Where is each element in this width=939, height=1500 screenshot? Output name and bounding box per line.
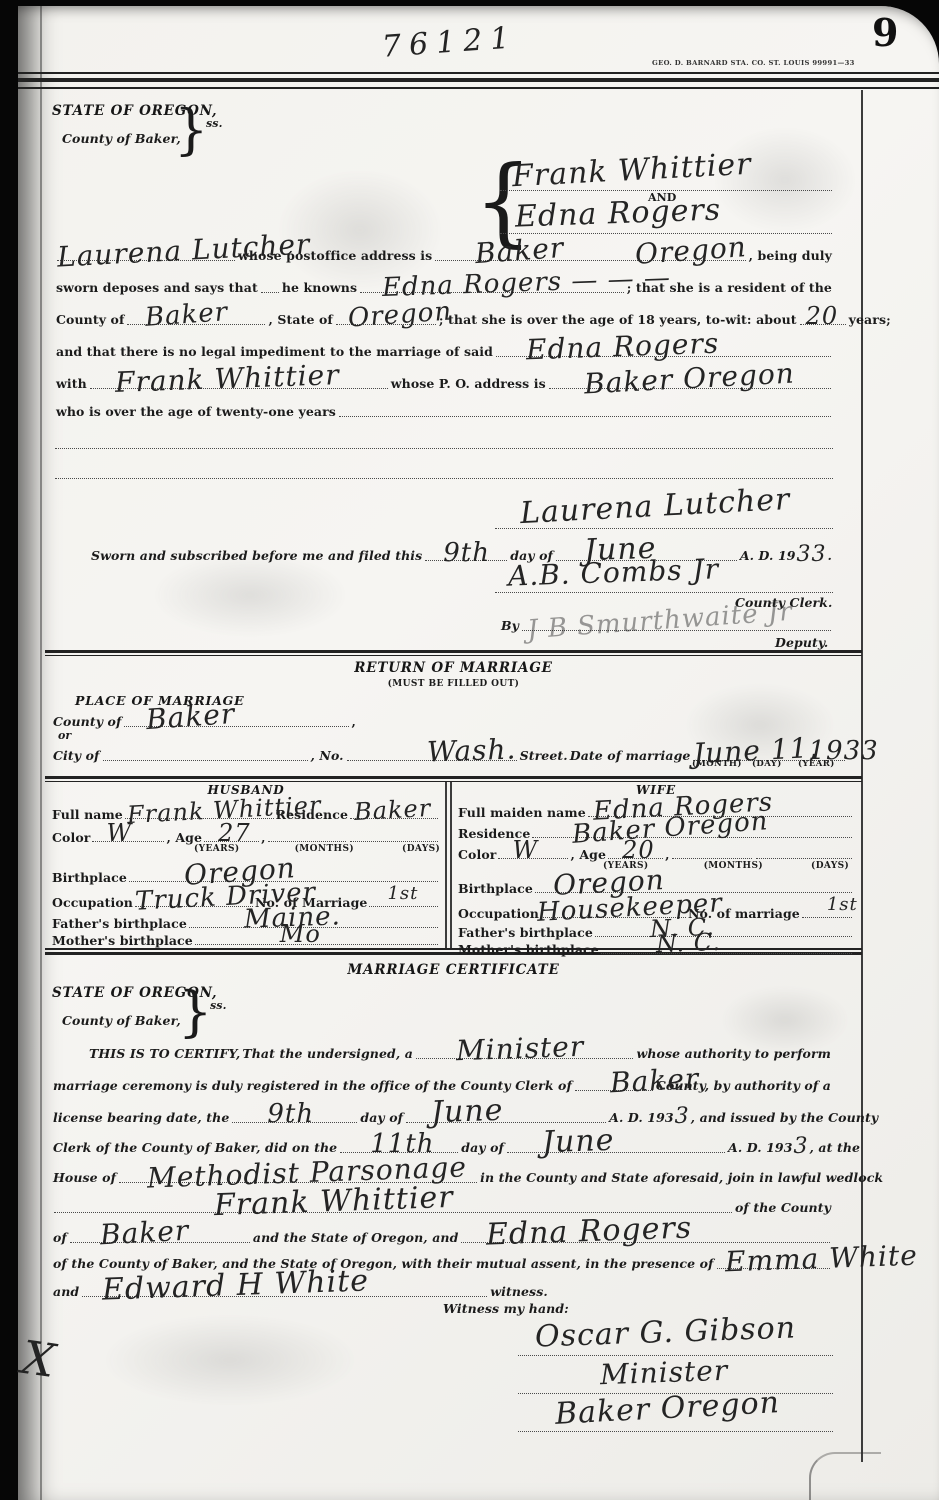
birthplace-label: Birthplace — [458, 882, 533, 896]
po-state-value: Oregon — [635, 236, 748, 265]
day-of-label: day of — [460, 1141, 505, 1156]
blank-line — [672, 856, 752, 859]
return-county-line: County of Baker , — [52, 702, 357, 730]
sworn-filed-label: Sworn and subscribed before me and filed… — [90, 549, 423, 564]
husband-color-age-row: Color W , Age 27 , — [52, 822, 440, 845]
registered-clause-label: marriage ceremony is duly registered in … — [52, 1079, 573, 1094]
license-day: 9th — [267, 1105, 314, 1125]
ad-label: A. D. 193 — [727, 1141, 794, 1156]
underlying-page-corner — [809, 1452, 881, 1500]
witnesses-line: of the County of Baker, and the State of… — [52, 1244, 832, 1272]
ad-label: A. D. 193 — [608, 1111, 675, 1126]
certificate-bride-name: Edna Rogers — [486, 1217, 693, 1247]
blank-line: Baker — [575, 1088, 653, 1091]
header-rule-thin2 — [18, 87, 939, 89]
caption-groom-name: Frank Whittier — [512, 154, 752, 189]
certify-label: THIS IS TO CERTIFY, — [88, 1047, 241, 1062]
husband-marriage-no: 1st — [387, 887, 418, 901]
and-label: and — [52, 1285, 80, 1300]
po-city-value: Baker — [475, 237, 565, 264]
license-line: license bearing date, the 9th day of Jun… — [52, 1096, 832, 1126]
blank-line: 20 — [608, 856, 663, 859]
officiant-value: Minister — [456, 1036, 585, 1061]
license-clause-label: license bearing date, the — [52, 1111, 230, 1126]
header-rule-thick — [18, 78, 939, 82]
blank-line: 1st — [369, 904, 438, 907]
husband-father-row: Father's birthplace Maine. — [52, 910, 440, 931]
knows-line: sworn deposes and says that he knowns Ed… — [55, 270, 833, 296]
header-rule-thin — [18, 72, 939, 74]
color-label: Color — [52, 831, 90, 845]
blank-line: W — [498, 856, 568, 859]
caption-bride-name: Edna Rogers — [515, 199, 722, 229]
officiant-signature: Oscar G. Gibson — [535, 1317, 797, 1349]
sworn-prefix-label: sworn deposes and says that — [55, 281, 259, 296]
wedding-year: 3 — [794, 1139, 809, 1156]
blank-line: N. C. — [595, 934, 852, 937]
by-label: By — [500, 619, 520, 634]
wife-column: WIFE Full maiden name Edna Rogers Reside… — [458, 784, 854, 957]
blank-line: Baker Oregon — [549, 386, 831, 389]
period: . — [827, 549, 833, 564]
section-rule — [45, 650, 862, 653]
father-birthplace-label: Father's birthplace — [52, 917, 187, 931]
section-rule-thin — [45, 655, 862, 656]
officiant-place: Baker Oregon — [555, 1392, 781, 1426]
color-label: Color — [458, 848, 496, 862]
county-state-age-line: County of Baker , State of Oregon ; that… — [55, 302, 833, 328]
blank-line — [756, 856, 852, 859]
state-value: Oregon — [347, 302, 452, 329]
registered-line: marriage ceremony is duly registered in … — [52, 1064, 832, 1094]
certify-rest-label: That the undersigned, a — [241, 1047, 414, 1062]
blank-line: 9th — [232, 1120, 357, 1123]
wedlock-suffix-label: in the County and State aforesaid, join … — [479, 1171, 884, 1186]
mother-birthplace-label: Mother's birthplace — [52, 934, 193, 948]
wife-color: W — [512, 841, 538, 859]
margin-x-mark: X — [20, 1340, 58, 1379]
page-number: 9 — [872, 10, 898, 55]
city-of-label: City of — [52, 749, 101, 764]
affiant-line: Laurena Lutcher whose postoffice address… — [55, 238, 833, 264]
wife-mother-row: Mother's birthplace N. C. — [458, 940, 854, 957]
filed-day: 9th — [443, 544, 490, 564]
clerk-clause-label: Clerk of the County of Baker, did on the — [52, 1141, 338, 1156]
blank-line — [103, 758, 308, 761]
day-of-label: day of — [359, 1111, 404, 1126]
ss-brace: } — [174, 98, 208, 161]
blank-line: Frank Whittier — [125, 816, 274, 819]
day-sublabel: (DAY) — [752, 760, 782, 769]
with-label: with — [55, 377, 88, 392]
blank-line — [339, 414, 831, 417]
blank-line — [350, 839, 438, 842]
blank-line: Emma White — [717, 1266, 830, 1269]
witness1-value: Emma White — [724, 1245, 917, 1273]
blank-line: Frank Whittier — [90, 386, 388, 389]
blank-line: Minister — [416, 1056, 633, 1059]
at-the-suffix-label: , at the — [809, 1141, 862, 1156]
witness2-value: Edward H White — [102, 1270, 370, 1302]
mother-birthplace-label: Mother's birthplace — [458, 943, 599, 957]
filed-year: 33 — [797, 547, 827, 564]
husband-column: HUSBAND Full name Frank Whittier Residen… — [52, 784, 440, 948]
wife-marriage-no: 1st — [827, 898, 858, 912]
blank-line: June — [507, 1150, 725, 1153]
county-of-label: County of — [55, 313, 125, 328]
age21-line: who is over the age of twenty-one years — [55, 398, 833, 420]
comma: , — [261, 831, 265, 845]
impediment-name: Edna Rogers — [526, 333, 720, 361]
blank-line: Baker — [350, 816, 438, 819]
blank-line: Mo — [195, 942, 438, 945]
age-label: , Age — [570, 848, 606, 862]
impediment-clause-label: and that there is no legal impediment to… — [55, 345, 494, 360]
table-divider — [445, 782, 447, 948]
certificate-groom-name: Frank Whittier — [214, 1186, 454, 1217]
binding-edge-line — [40, 6, 42, 1500]
certificate-title: MARRIAGE CERTIFICATE — [45, 962, 862, 978]
age-clause-label: ; that she is over the age of 18 years, … — [438, 313, 798, 328]
impediment-line: and that there is no legal impediment to… — [55, 334, 833, 360]
certify-line: THIS IS TO CERTIFY, That the undersigned… — [52, 1032, 832, 1062]
county-value: Baker — [145, 303, 229, 328]
groom-county-value: Baker — [99, 1220, 189, 1246]
deputy-title: Deputy. — [775, 636, 828, 650]
blank-line — [261, 290, 279, 293]
days-sublabel: (DAYS) — [811, 862, 849, 873]
no-label: , No. — [310, 749, 345, 764]
house-label: House of — [52, 1171, 117, 1186]
months-sublabel: (MONTHS) — [295, 845, 354, 858]
table-top-rule-thin — [45, 781, 862, 782]
with-name: Frank Whittier — [114, 364, 339, 393]
authority-suffix-label: whose authority to perform — [635, 1047, 832, 1062]
blank-line: J B Smurthwaite Jr — [522, 628, 831, 631]
return-county-value: Baker — [146, 703, 236, 730]
ss-label: ss. — [206, 118, 223, 130]
blank-line: Edna Rogers — [461, 1240, 830, 1243]
blank-line: Baker Oregon — [532, 835, 852, 838]
of-county-suffix-label: of the County — [734, 1201, 832, 1216]
blank-line: Baker — [127, 322, 265, 325]
blank-line: W — [92, 839, 164, 842]
year-sublabel: (YEAR) — [798, 760, 835, 769]
husband-color: W — [106, 824, 132, 842]
blank-line: Baker — [124, 724, 348, 727]
husband-residence: Baker — [354, 799, 432, 821]
months-sublabel: (MONTHS) — [704, 862, 763, 873]
witness-label: witness. — [489, 1285, 549, 1300]
blank-line: 9th — [425, 558, 507, 561]
wedding-month: June — [542, 1129, 615, 1154]
occupation-label: Occupation — [458, 907, 539, 921]
blank-line: 1st — [802, 915, 852, 918]
state-of-label: , State of — [267, 313, 333, 328]
printer-mark: GEO. D. BARNARD STA. CO. ST. LOUIS 99991… — [652, 60, 855, 67]
blank-line: 20 — [800, 322, 846, 325]
clerk-county-value: Baker — [609, 1068, 699, 1094]
blank-line: 27 — [204, 839, 259, 842]
po2-label: whose P. O. address is — [390, 377, 547, 392]
father-birthplace-label: Father's birthplace — [458, 926, 593, 940]
issued-suffix-label: , and issued by the County — [690, 1111, 880, 1126]
comma: , — [351, 715, 357, 730]
assent-clause-label: of the County of Baker, and the State of… — [52, 1257, 715, 1272]
blank-line: Truck Driver — [135, 904, 253, 907]
blank-line: Baker — [70, 1240, 250, 1243]
month-sublabel: (MONTH) — [692, 760, 742, 769]
blank-line: Oregon — [336, 322, 436, 325]
affidavit-county-label: County of Baker, — [62, 132, 181, 146]
husband-mother-birthplace: Mo — [280, 925, 321, 943]
street-label: Street. — [519, 749, 569, 764]
blank-line: Edward H White — [82, 1294, 487, 1297]
deputy-line: By J B Smurthwaite Jr — [500, 604, 833, 634]
officiant-title: Minister — [600, 1360, 729, 1385]
blank-line: Wash. — [347, 758, 517, 761]
license-month: June — [431, 1099, 504, 1124]
age-value: 20 — [806, 307, 839, 325]
full-maiden-name-label: Full maiden name — [458, 806, 586, 820]
return-county-label: County of — [52, 715, 122, 730]
blank-line: Baker Oregon — [435, 258, 745, 261]
groom-county-line: of Baker and the State of Oregon, and Ed… — [52, 1216, 832, 1246]
po2-value: Baker Oregon — [583, 362, 795, 394]
sworn-filed-line: Sworn and subscribed before me and filed… — [90, 536, 833, 564]
witness-hand-label: Witness my hand: — [443, 1302, 569, 1316]
birthplace-label: Birthplace — [52, 871, 127, 885]
age21-clause-label: who is over the age of twenty-one years — [55, 405, 337, 420]
street-value: Wash. — [426, 738, 516, 762]
blank-line — [55, 478, 833, 479]
blank-line: Edna Rogers — — — — [360, 290, 624, 293]
table-top-rule — [45, 776, 862, 779]
table-divider2 — [450, 782, 452, 948]
return-subtitle: (MUST BE FILLED OUT) — [45, 680, 862, 690]
witness2-line: and Edward H White witness. — [52, 1272, 612, 1300]
license-year: 3 — [675, 1109, 690, 1126]
certificate-county-label: County of Baker, — [62, 1014, 181, 1028]
blank-line: N. C. — [601, 951, 852, 954]
years-label: years; — [848, 313, 892, 328]
age-label: , Age — [166, 831, 202, 845]
being-duly-label: , being duly — [748, 249, 833, 264]
knows-label: he knowns — [281, 281, 358, 296]
docket-number: 76121 — [381, 27, 518, 59]
scanned-marriage-record: 76121 GEO. D. BARNARD STA. CO. ST. LOUIS… — [0, 0, 939, 1500]
blank-line: June — [406, 1120, 606, 1123]
certificate-ss-label: ss. — [210, 1000, 227, 1012]
blank-line: Laurena Lutcher — [57, 258, 235, 261]
clerk-signature-line — [495, 592, 833, 593]
knows-value: Edna Rogers — — — — [382, 268, 671, 298]
date-of-marriage-label: Date of marriage — [569, 749, 692, 764]
comma: , — [665, 848, 669, 862]
return-title: RETURN OF MARRIAGE — [45, 660, 862, 676]
occupation-label: Occupation — [52, 896, 133, 910]
ad-label: A. D. 19 — [739, 549, 797, 564]
days-sublabel: (DAYS) — [402, 845, 440, 858]
groom-line: Frank Whittier of the County — [52, 1186, 832, 1216]
clerk-signature: A.B. Combs Jr — [508, 558, 720, 586]
husband-age: 27 — [218, 824, 251, 842]
wife-mother-birthplace: N. C. — [655, 933, 720, 953]
blank-line — [268, 839, 346, 842]
wife-color-age-row: Color W , Age 20 , — [458, 841, 854, 862]
with-line: with Frank Whittier whose P. O. address … — [55, 366, 833, 392]
wife-age: 20 — [622, 841, 655, 859]
blank-line — [55, 448, 833, 449]
